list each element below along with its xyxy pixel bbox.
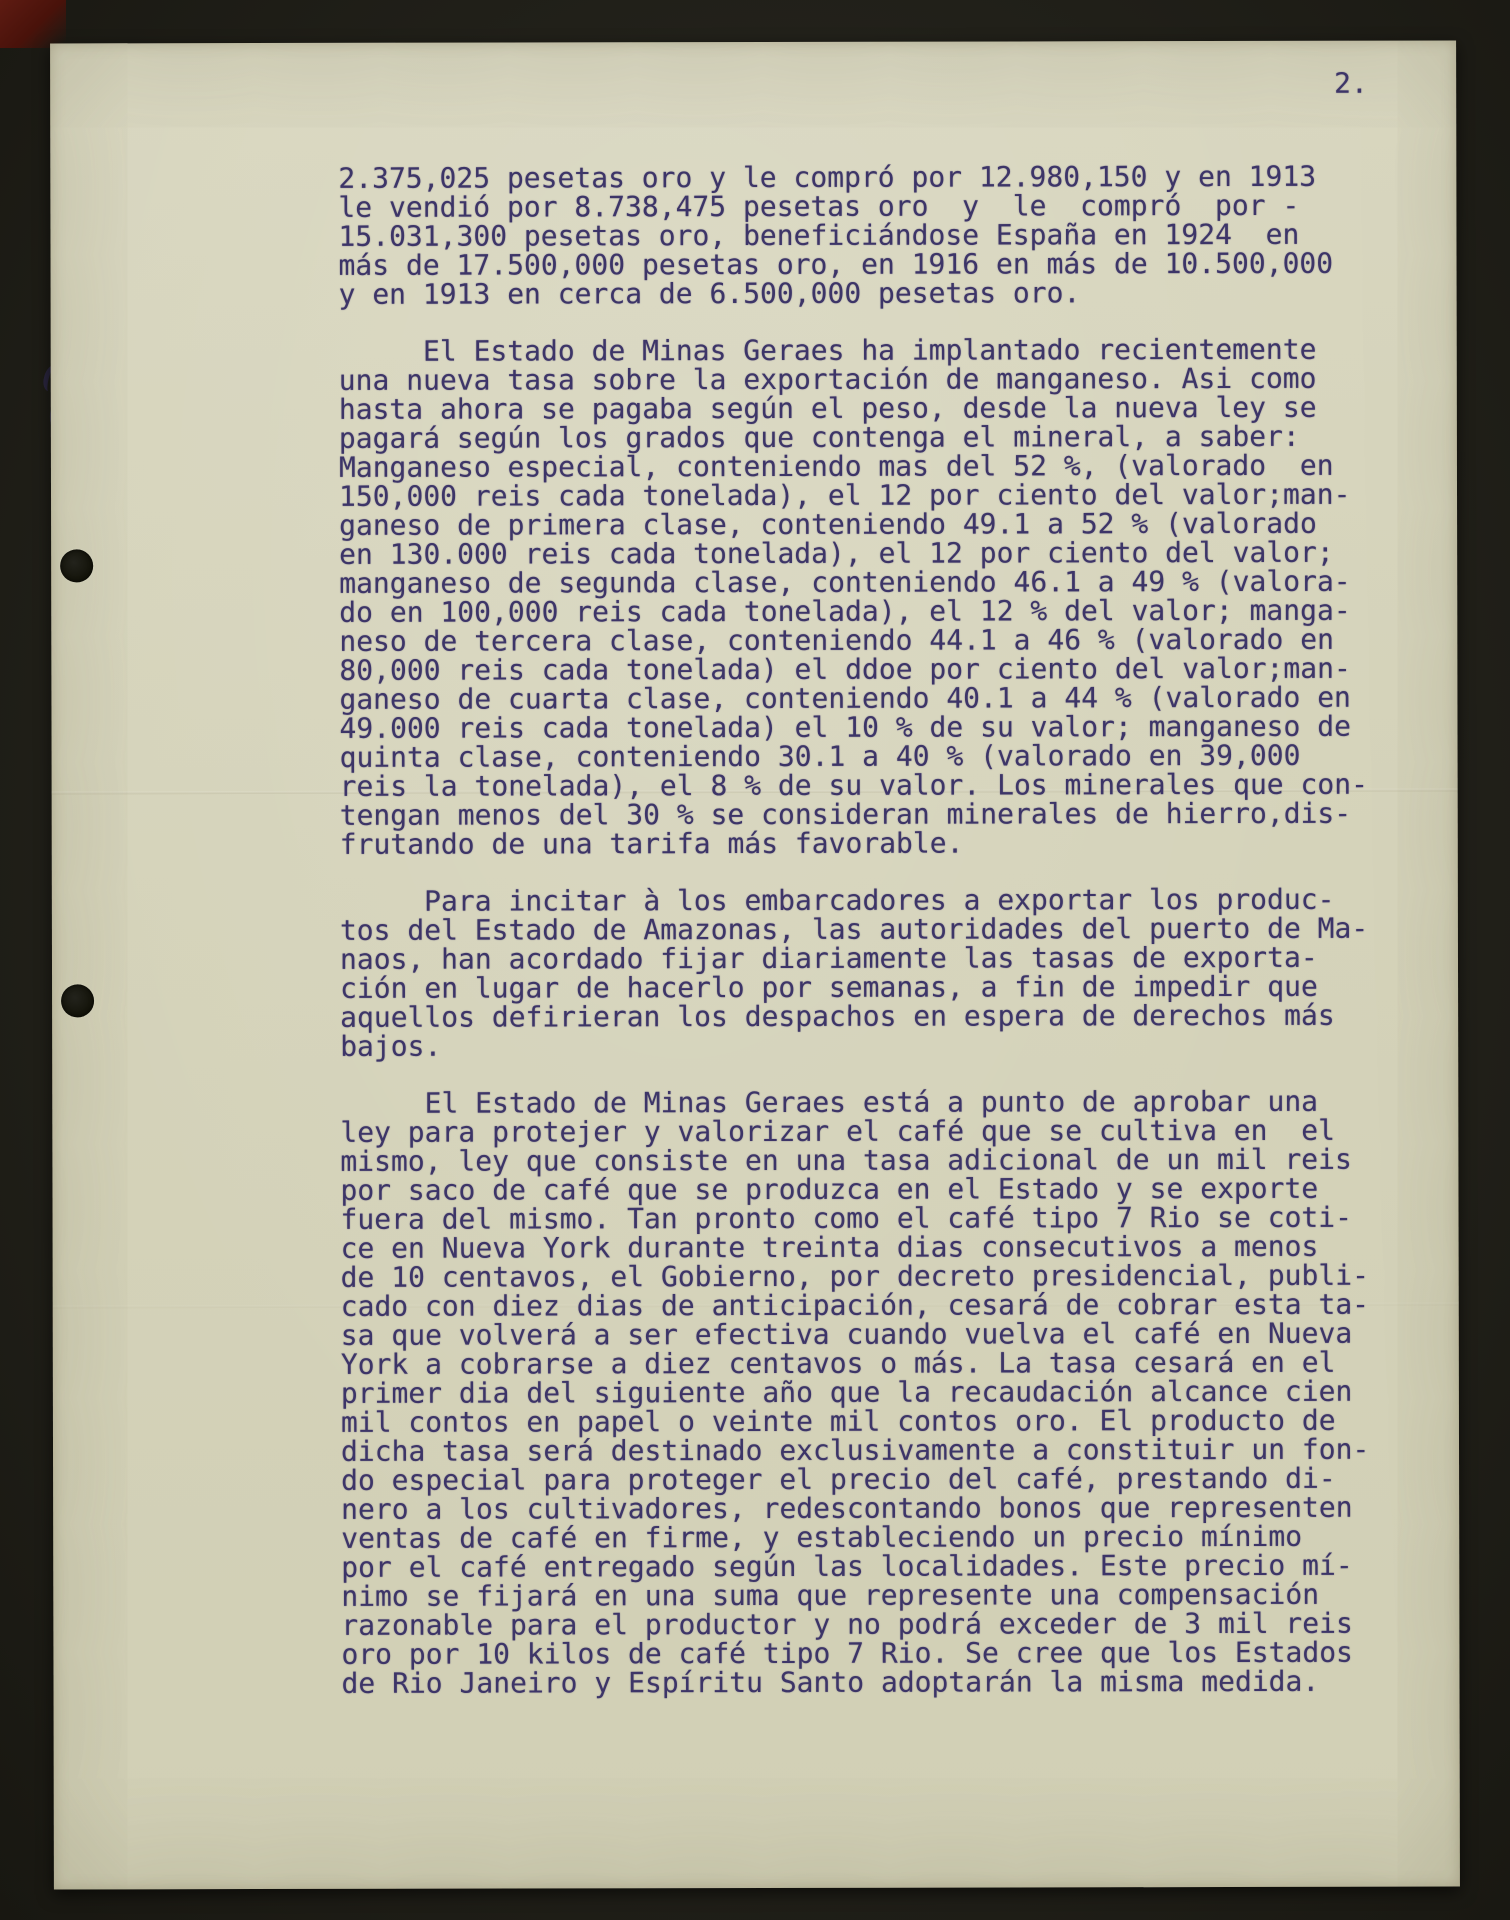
text-line: aquellos defirieran los despachos en esp… (340, 1001, 1368, 1032)
paragraph: El Estado de Minas Geraes ha implantado … (339, 335, 1368, 859)
text-line: frutando de una tarifa más favorable. (340, 828, 1368, 859)
text-line: tengan menos del 30 % se consideran mine… (340, 799, 1368, 830)
text-line: y en 1913 en cerca de 6.500,000 pesetas … (339, 278, 1367, 309)
text-line: bajos. (340, 1030, 1368, 1061)
document-page: 2. 2.375,025 pesetas oro y le compró por… (50, 41, 1460, 1890)
text-line: más de 17.500,000 pesetas oro, en 1916 e… (339, 249, 1367, 280)
photo-mat: 2. 2.375,025 pesetas oro y le compró por… (0, 0, 1510, 1920)
album-corner-red-mark (0, 0, 66, 48)
paragraph: Para incitar à los embarcadores a export… (340, 885, 1369, 1061)
punch-hole-top (60, 549, 93, 582)
page-number: 2. (1334, 69, 1368, 99)
document-text: 2.375,025 pesetas oro y le compró por 12… (338, 162, 1370, 1726)
paragraph: 2.375,025 pesetas oro y le compró por 12… (338, 162, 1367, 309)
punch-hole-bottom (61, 984, 94, 1017)
paragraph: El Estado de Minas Geraes está a punto d… (340, 1087, 1370, 1698)
text-line: de Rio Janeiro y Espíritu Santo adoptará… (341, 1667, 1369, 1698)
